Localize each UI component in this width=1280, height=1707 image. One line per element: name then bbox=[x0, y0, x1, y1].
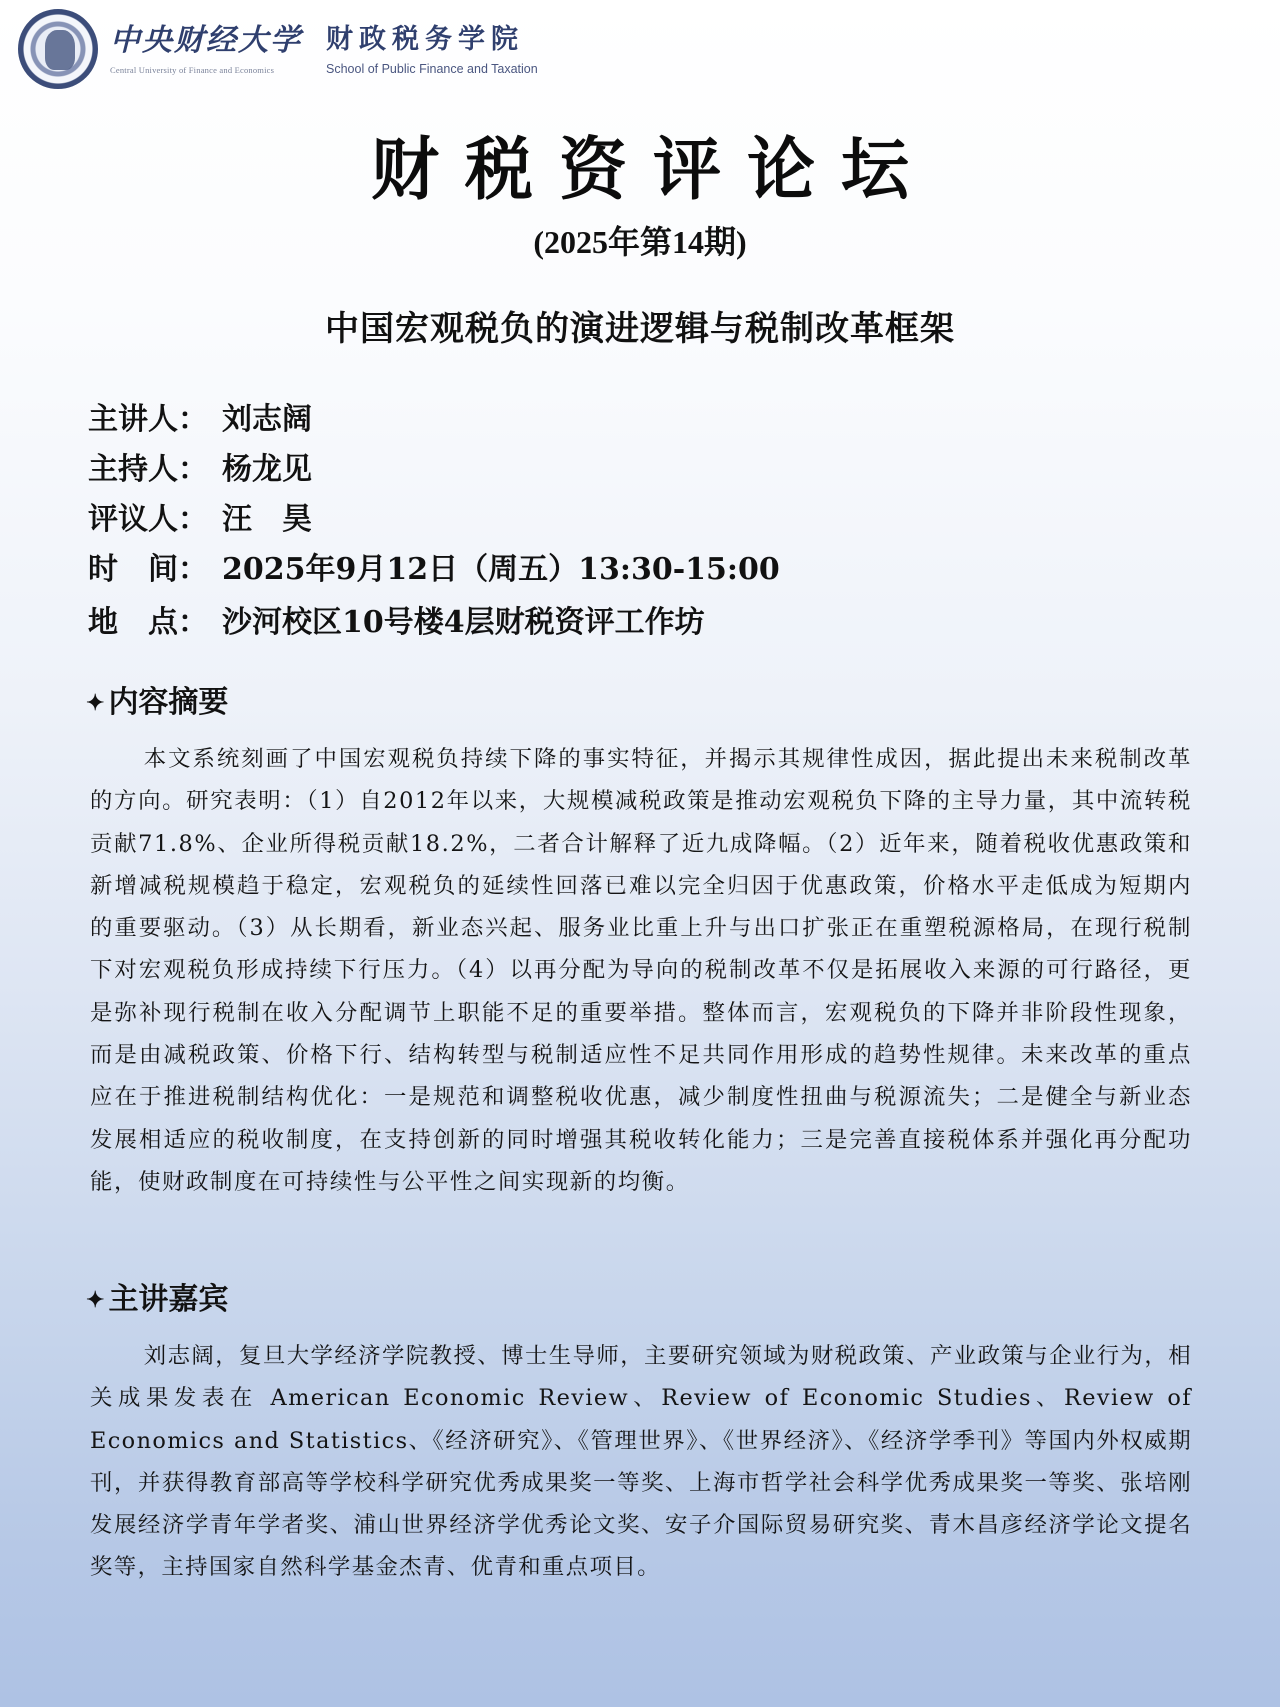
abstract-heading-label: 内容摘要 bbox=[108, 683, 228, 723]
meta-label: 评议人： bbox=[88, 500, 222, 540]
meta-label: 主持人： bbox=[88, 450, 222, 490]
meta-label: 地 点： bbox=[88, 603, 222, 643]
diamond-bullet-icon: ✦ bbox=[86, 1280, 104, 1320]
speaker-bio-text: 刘志阔，复旦大学经济学院教授、博士生导师，主要研究领域为财税政策、产业政策与企业… bbox=[90, 1335, 1192, 1589]
abstract-text: 本文系统刻画了中国宏观税负持续下降的事实特征，并揭示其规律性成因，据此提出未来税… bbox=[90, 738, 1192, 1203]
event-info: 主讲人： 刘志阔 主持人： 杨龙见 评议人： 汪 昊 时 间： 2025年9月1… bbox=[88, 395, 780, 651]
meta-value: 汪 昊 bbox=[222, 500, 312, 540]
institution-header: 中央财经大学 Central University of Finance and… bbox=[18, 6, 538, 92]
speaker-heading-label: 主讲嘉宾 bbox=[108, 1280, 228, 1320]
meta-row-discussant: 评议人： 汪 昊 bbox=[88, 495, 780, 545]
university-brand: 中央财经大学 Central University of Finance and… bbox=[110, 23, 302, 75]
meta-row-host: 主持人： 杨龙见 bbox=[88, 445, 780, 495]
abstract-heading: ✦ 内容摘要 bbox=[86, 683, 228, 723]
meta-value: 刘志阔 bbox=[222, 400, 312, 440]
diamond-bullet-icon: ✦ bbox=[86, 683, 104, 723]
school-name-cn: 财政税务学院 bbox=[326, 22, 538, 58]
speaker-heading: ✦ 主讲嘉宾 bbox=[86, 1280, 228, 1320]
school-brand: 财政税务学院 School of Public Finance and Taxa… bbox=[326, 22, 538, 76]
meta-value: 沙河校区10号楼4层财税资评工作坊 bbox=[222, 603, 705, 643]
meta-value: 杨龙见 bbox=[222, 450, 312, 490]
university-name-en: Central University of Finance and Econom… bbox=[110, 65, 302, 75]
meta-label: 主讲人： bbox=[88, 400, 222, 440]
school-name-en: School of Public Finance and Taxation bbox=[326, 62, 538, 76]
university-seal-icon bbox=[18, 9, 98, 89]
university-name-cn: 中央财经大学 bbox=[110, 23, 302, 59]
talk-title: 中国宏观税负的演进逻辑与税制改革框架 bbox=[0, 307, 1280, 351]
forum-title: 财税资评论坛 bbox=[0, 130, 1280, 210]
meta-value: 2025年9月12日（周五）13:30-15:00 bbox=[222, 550, 780, 590]
meta-row-speaker: 主讲人： 刘志阔 bbox=[88, 395, 780, 445]
issue-number: (2025年第14期) bbox=[0, 222, 1280, 262]
meta-label: 时 间： bbox=[88, 550, 222, 590]
meta-row-time: 时 间： 2025年9月12日（周五）13:30-15:00 bbox=[88, 545, 780, 595]
meta-row-location: 地 点： 沙河校区10号楼4层财税资评工作坊 bbox=[88, 595, 780, 651]
